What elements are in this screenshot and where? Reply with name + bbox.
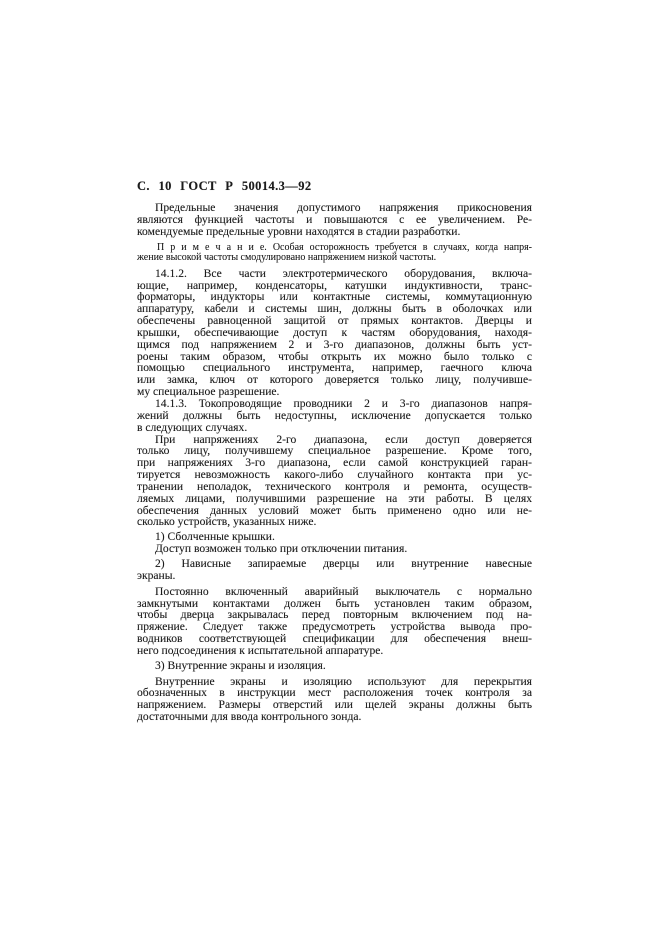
para-14-1-2: 14.1.2. Все части электротермического об… <box>137 268 532 398</box>
text-line: жение высокой частоты смодулировано напр… <box>137 253 532 264</box>
text-line: него подсоединения к испытательной аппар… <box>137 645 532 657</box>
list-item-3: 3) Внутренние экраны и изоляция. <box>137 660 532 672</box>
para-access: Доступ возможен только при отключении пи… <box>137 543 532 555</box>
text-line: Постоянно включенный аварийный выключате… <box>137 586 532 598</box>
text-line: комендуемые предельные уровни находятся … <box>137 226 532 238</box>
document-page: С. 10 ГОСТ Р 50014.3—92 Предельные значе… <box>0 0 661 935</box>
text-line: 3) Внутренние экраны и изоляция. <box>137 660 532 672</box>
para-internal-screens: Внутренние экраны и изоляцию используют … <box>137 676 532 723</box>
text-line: Доступ возможен только при отключении пи… <box>137 543 532 555</box>
text-line: в следующих случаях. <box>137 422 532 434</box>
text-line: достаточными для ввода контрольного зонд… <box>137 711 532 723</box>
text-line: 14.1.2. Все части электротермического об… <box>137 268 532 280</box>
text-line: ляемых лицами, получившими разрешение на… <box>137 493 532 505</box>
note: П р и м е ч а н и е. Особая осторожность… <box>137 243 532 264</box>
para-limit-voltages: Предельные значения допустимого напряжен… <box>137 202 532 238</box>
text-line: сколько устройств, указанных ниже. <box>137 516 532 528</box>
text-line: щимся под напряжением 2 и 3-го диапазоно… <box>137 339 532 351</box>
text-line: жений должны быть недоступны, исключение… <box>137 410 532 422</box>
text-line: транении неполадок, технического контрол… <box>137 481 532 493</box>
text-block: Предельные значения допустимого напряжен… <box>137 202 532 723</box>
text-line: крышки, обеспечивающие доступ к частям о… <box>137 327 532 339</box>
text-line: 2) Нависные запираемые дверцы или внутре… <box>137 558 532 570</box>
para-14-1-3: 14.1.3. Токопроводящие проводники 2 и 3-… <box>137 398 532 434</box>
text-line: экраны. <box>137 570 532 582</box>
para-range-2: При напряжениях 2-го диапазона, если дос… <box>137 434 532 529</box>
page-header: С. 10 ГОСТ Р 50014.3—92 <box>137 179 312 194</box>
para-emergency-switch: Постоянно включенный аварийный выключате… <box>137 586 532 657</box>
list-item-2: 2) Нависные запираемые дверцы или внутре… <box>137 558 532 582</box>
text-line: являются функцией частоты и повышаются с… <box>137 214 532 226</box>
